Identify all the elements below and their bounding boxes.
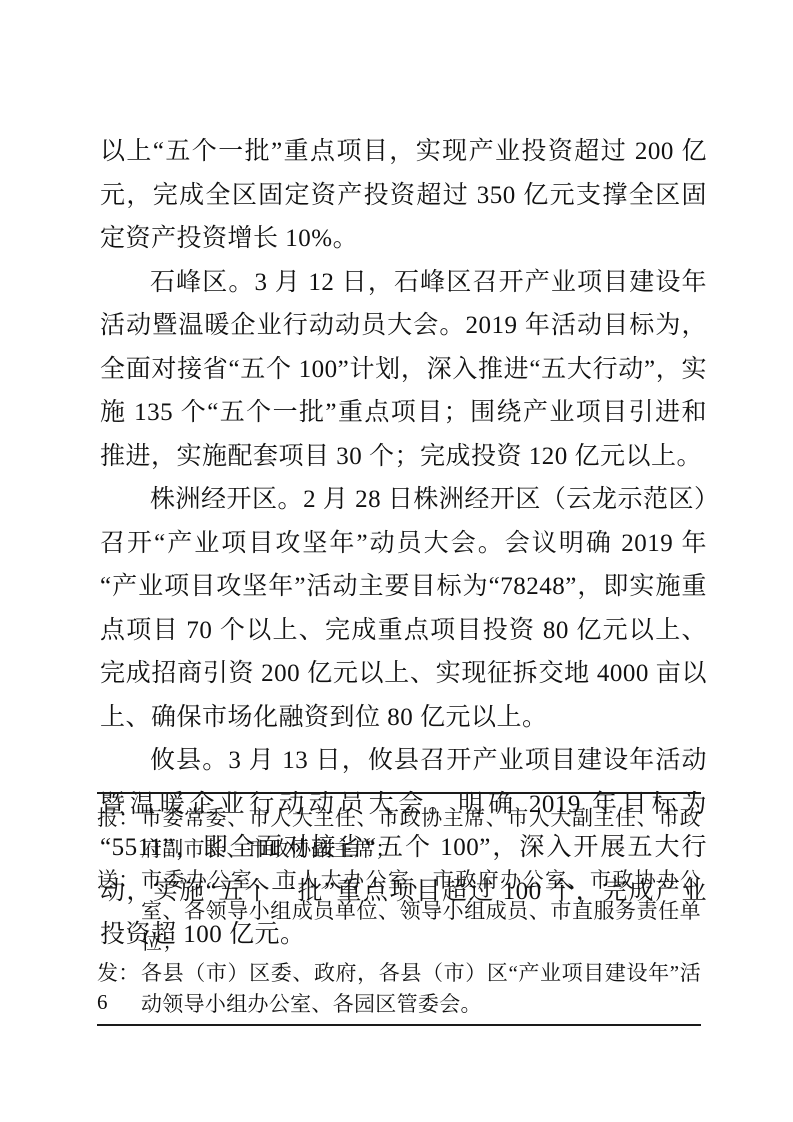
paragraph-continuation: 以上“五个一批”重点项目，实现产业投资超过 200 亿元，完成全区固定资产投资超… [100, 130, 707, 261]
distribution-text-send: 市委办公室、市人大办公室、市政府办公室、市政协办公室、各领导小组成员单位、领导小… [141, 865, 701, 958]
paragraph-zhuzhou-economic-zone: 株洲经开区。2 月 28 日株洲经开区（云龙示范区）召开“产业项目攻坚年”动员大… [100, 478, 707, 739]
distribution-label-report: 报： [97, 803, 141, 865]
distribution-entry-issue: 发： 各县（市）区委、政府，各县（市）区“产业项目建设年”活动领导小组办公室、各… [97, 958, 701, 1020]
page-number: 6 [97, 990, 108, 1014]
document-page: 以上“五个一批”重点项目，实现产业投资超过 200 亿元，完成全区固定资产投资超… [0, 0, 793, 1122]
distribution-entry-report: 报： 市委常委、市人大主任、市政协主席、市人大副主任、市政府副市长、市政协副主席… [97, 803, 701, 865]
distribution-label-send: 送： [97, 865, 141, 958]
distribution-text-issue: 各县（市）区委、政府，各县（市）区“产业项目建设年”活动领导小组办公室、各园区管… [141, 958, 701, 1020]
distribution-text-report: 市委常委、市人大主任、市政协主席、市人大副主任、市政府副市长、市政协副主席； [141, 803, 701, 865]
distribution-list: 报： 市委常委、市人大主任、市政协主席、市人大副主任、市政府副市长、市政协副主席… [97, 792, 701, 1026]
distribution-entry-send: 送： 市委办公室、市人大办公室、市政府办公室、市政协办公室、各领导小组成员单位、… [97, 865, 701, 958]
paragraph-shifeng-district: 石峰区。3 月 12 日，石峰区召开产业项目建设年活动暨温暖企业行动动员大会。2… [100, 261, 707, 479]
